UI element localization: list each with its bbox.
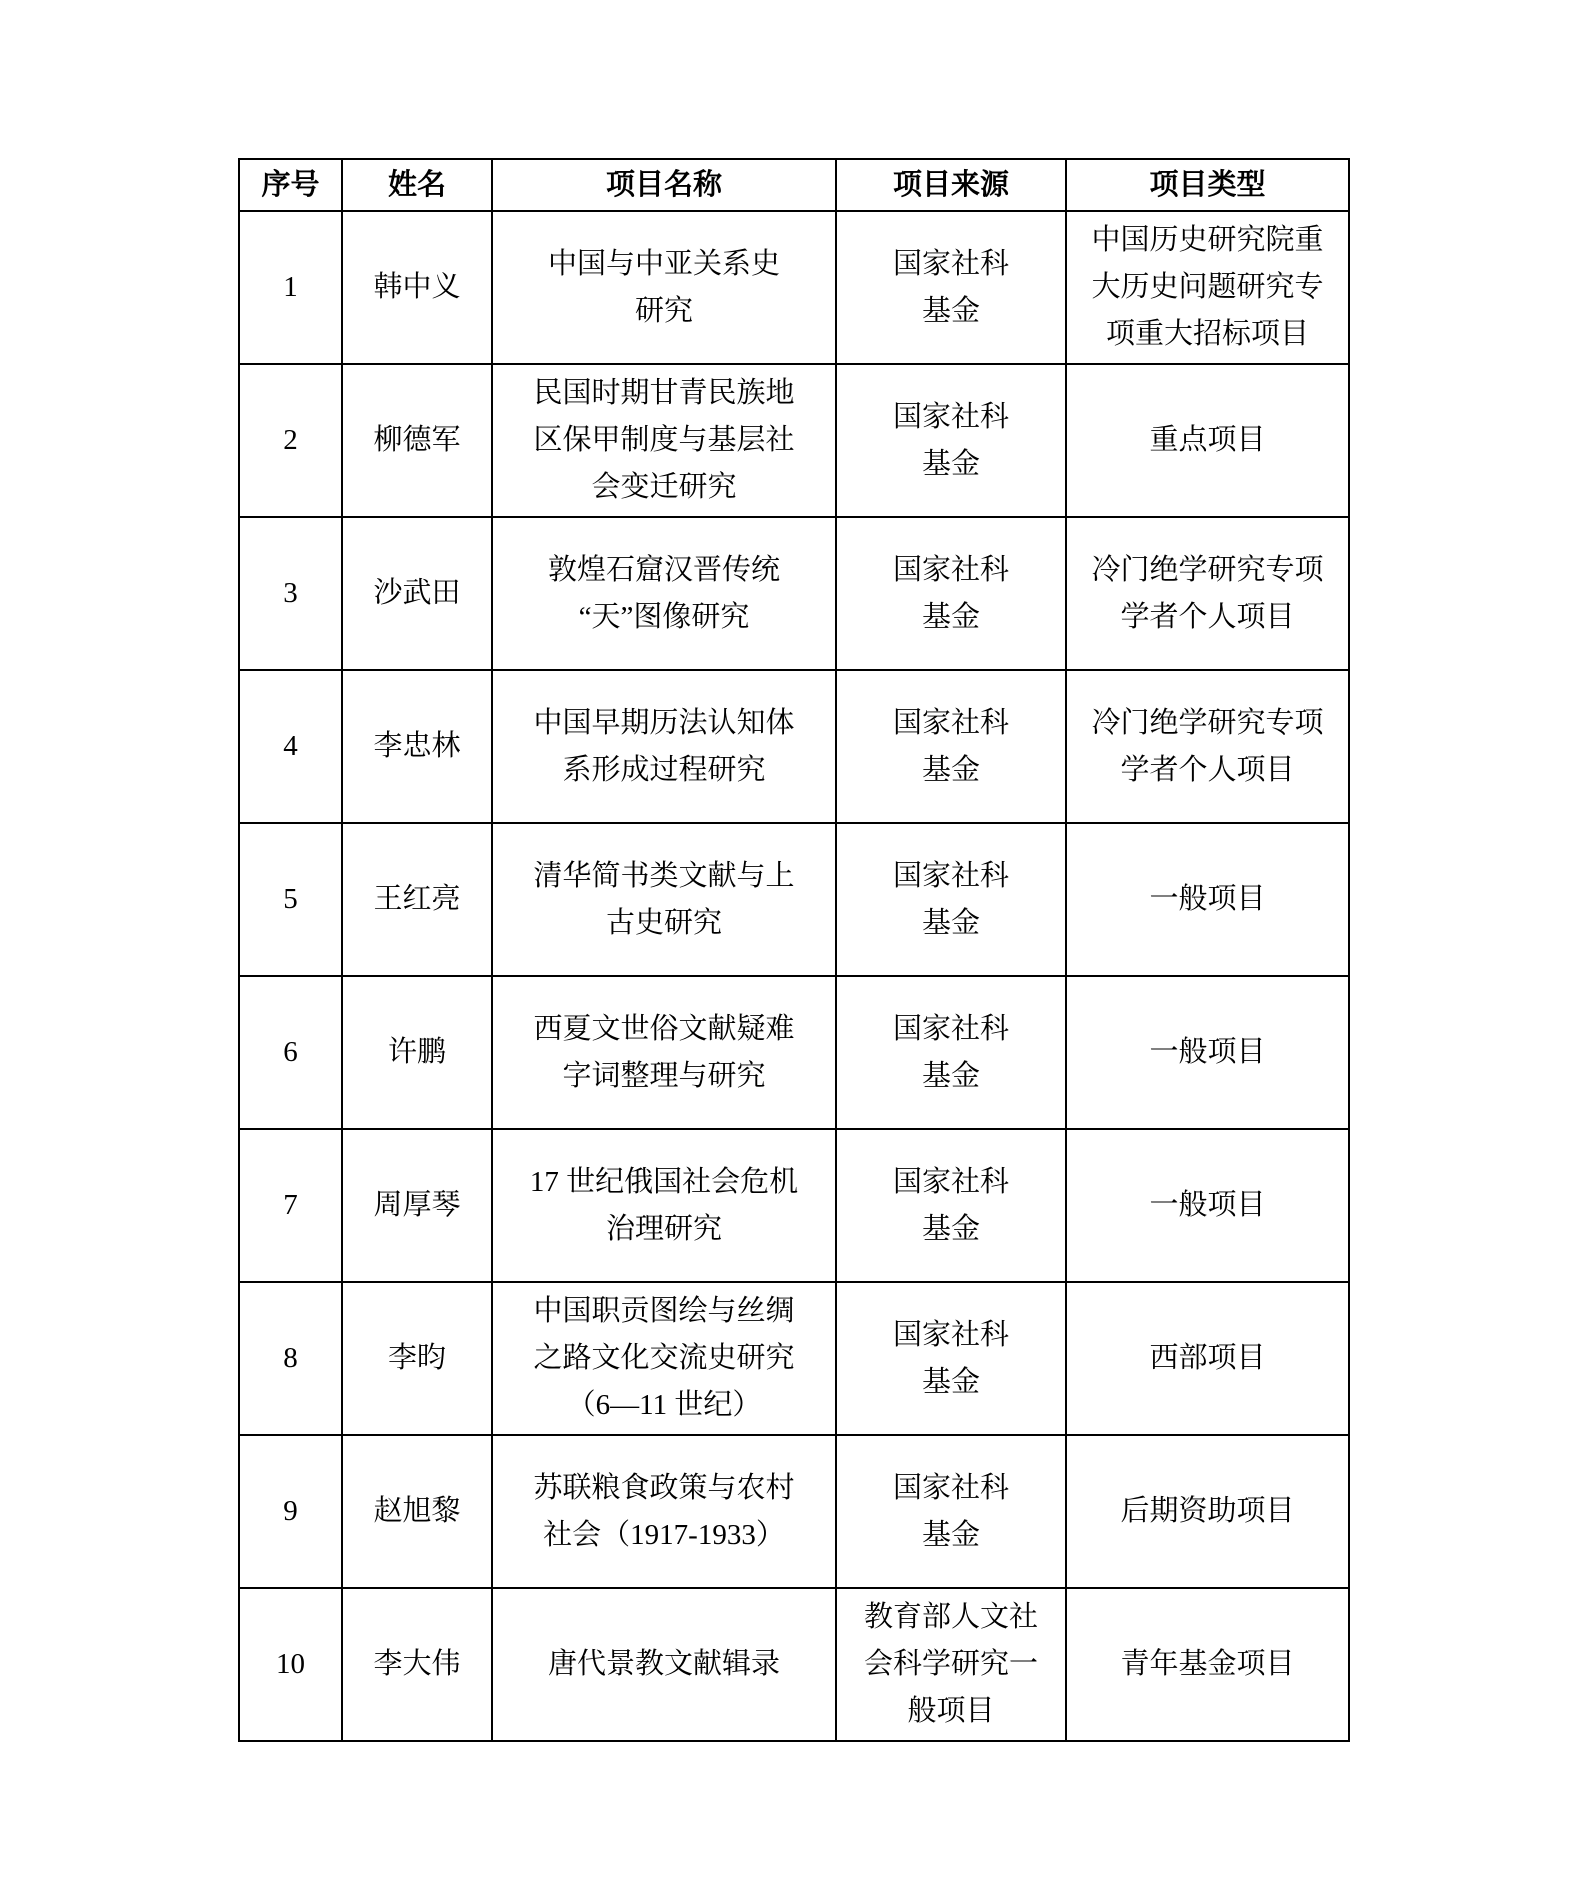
cell-project-source: 国家社科 基金 bbox=[836, 1129, 1066, 1282]
cell-name: 赵旭黎 bbox=[342, 1435, 492, 1588]
projects-table: 序号 姓名 项目名称 项目来源 项目类型 1 韩中义 中国与中亚关系史 研究 国… bbox=[238, 158, 1350, 1742]
table-row: 4 李忠林 中国早期历法认知体 系形成过程研究 国家社科 基金 冷门绝学研究专项… bbox=[239, 670, 1349, 823]
cell-name: 李大伟 bbox=[342, 1588, 492, 1741]
cell-project-source: 国家社科 基金 bbox=[836, 823, 1066, 976]
cell-name: 许鹏 bbox=[342, 976, 492, 1129]
cell-project-type: 冷门绝学研究专项 学者个人项目 bbox=[1066, 517, 1349, 670]
cell-project-title: 民国时期甘青民族地 区保甲制度与基层社 会变迁研究 bbox=[492, 364, 836, 517]
col-header-index: 序号 bbox=[239, 159, 342, 211]
table-row: 3 沙武田 敦煌石窟汉晋传统 “天”图像研究 国家社科 基金 冷门绝学研究专项 … bbox=[239, 517, 1349, 670]
table-row: 6 许鹏 西夏文世俗文献疑难 字词整理与研究 国家社科 基金 一般项目 bbox=[239, 976, 1349, 1129]
cell-index: 10 bbox=[239, 1588, 342, 1741]
cell-name: 王红亮 bbox=[342, 823, 492, 976]
document-background: 序号 姓名 项目名称 项目来源 项目类型 1 韩中义 中国与中亚关系史 研究 国… bbox=[0, 0, 1586, 1879]
cell-project-title: 西夏文世俗文献疑难 字词整理与研究 bbox=[492, 976, 836, 1129]
cell-project-type: 重点项目 bbox=[1066, 364, 1349, 517]
table-row: 8 李昀 中国职贡图绘与丝绸 之路文化交流史研究 （6—11 世纪） 国家社科 … bbox=[239, 1282, 1349, 1435]
cell-index: 8 bbox=[239, 1282, 342, 1435]
cell-name: 李昀 bbox=[342, 1282, 492, 1435]
table-row: 1 韩中义 中国与中亚关系史 研究 国家社科 基金 中国历史研究院重 大历史问题… bbox=[239, 211, 1349, 364]
cell-project-source: 国家社科 基金 bbox=[836, 1282, 1066, 1435]
col-header-project-title: 项目名称 bbox=[492, 159, 836, 211]
cell-project-title: 中国与中亚关系史 研究 bbox=[492, 211, 836, 364]
cell-index: 1 bbox=[239, 211, 342, 364]
cell-name: 周厚琴 bbox=[342, 1129, 492, 1282]
cell-project-type: 后期资助项目 bbox=[1066, 1435, 1349, 1588]
col-header-name: 姓名 bbox=[342, 159, 492, 211]
cell-project-title: 17 世纪俄国社会危机 治理研究 bbox=[492, 1129, 836, 1282]
cell-index: 3 bbox=[239, 517, 342, 670]
cell-index: 7 bbox=[239, 1129, 342, 1282]
cell-project-type: 一般项目 bbox=[1066, 976, 1349, 1129]
cell-project-source: 国家社科 基金 bbox=[836, 211, 1066, 364]
cell-name: 韩中义 bbox=[342, 211, 492, 364]
cell-project-title: 唐代景教文献辑录 bbox=[492, 1588, 836, 1741]
cell-project-source: 国家社科 基金 bbox=[836, 976, 1066, 1129]
cell-name: 沙武田 bbox=[342, 517, 492, 670]
cell-project-source: 教育部人文社 会科学研究一 般项目 bbox=[836, 1588, 1066, 1741]
cell-project-title: 中国职贡图绘与丝绸 之路文化交流史研究 （6—11 世纪） bbox=[492, 1282, 836, 1435]
cell-project-title: 苏联粮食政策与农村 社会（1917-1933） bbox=[492, 1435, 836, 1588]
cell-project-title: 中国早期历法认知体 系形成过程研究 bbox=[492, 670, 836, 823]
table-row: 9 赵旭黎 苏联粮食政策与农村 社会（1917-1933） 国家社科 基金 后期… bbox=[239, 1435, 1349, 1588]
table-row: 7 周厚琴 17 世纪俄国社会危机 治理研究 国家社科 基金 一般项目 bbox=[239, 1129, 1349, 1282]
cell-project-title: 清华简书类文献与上 古史研究 bbox=[492, 823, 836, 976]
cell-index: 6 bbox=[239, 976, 342, 1129]
projects-table-container: 序号 姓名 项目名称 项目来源 项目类型 1 韩中义 中国与中亚关系史 研究 国… bbox=[238, 158, 1348, 1742]
cell-project-type: 青年基金项目 bbox=[1066, 1588, 1349, 1741]
table-row: 5 王红亮 清华简书类文献与上 古史研究 国家社科 基金 一般项目 bbox=[239, 823, 1349, 976]
cell-name: 李忠林 bbox=[342, 670, 492, 823]
cell-index: 2 bbox=[239, 364, 342, 517]
cell-index: 4 bbox=[239, 670, 342, 823]
cell-project-type: 冷门绝学研究专项 学者个人项目 bbox=[1066, 670, 1349, 823]
header-row: 序号 姓名 项目名称 项目来源 项目类型 bbox=[239, 159, 1349, 211]
cell-index: 9 bbox=[239, 1435, 342, 1588]
table-row: 10 李大伟 唐代景教文献辑录 教育部人文社 会科学研究一 般项目 青年基金项目 bbox=[239, 1588, 1349, 1741]
cell-project-source: 国家社科 基金 bbox=[836, 517, 1066, 670]
col-header-project-source: 项目来源 bbox=[836, 159, 1066, 211]
col-header-project-type: 项目类型 bbox=[1066, 159, 1349, 211]
cell-project-type: 一般项目 bbox=[1066, 823, 1349, 976]
cell-project-source: 国家社科 基金 bbox=[836, 670, 1066, 823]
cell-project-type: 一般项目 bbox=[1066, 1129, 1349, 1282]
cell-project-type: 西部项目 bbox=[1066, 1282, 1349, 1435]
cell-name: 柳德军 bbox=[342, 364, 492, 517]
table-row: 2 柳德军 民国时期甘青民族地 区保甲制度与基层社 会变迁研究 国家社科 基金 … bbox=[239, 364, 1349, 517]
document-page: { "table": { "headers": ["序号", "姓名", "项目… bbox=[0, 0, 1586, 1879]
cell-project-title: 敦煌石窟汉晋传统 “天”图像研究 bbox=[492, 517, 836, 670]
cell-index: 5 bbox=[239, 823, 342, 976]
cell-project-source: 国家社科 基金 bbox=[836, 1435, 1066, 1588]
cell-project-type: 中国历史研究院重 大历史问题研究专 项重大招标项目 bbox=[1066, 211, 1349, 364]
cell-project-source: 国家社科 基金 bbox=[836, 364, 1066, 517]
